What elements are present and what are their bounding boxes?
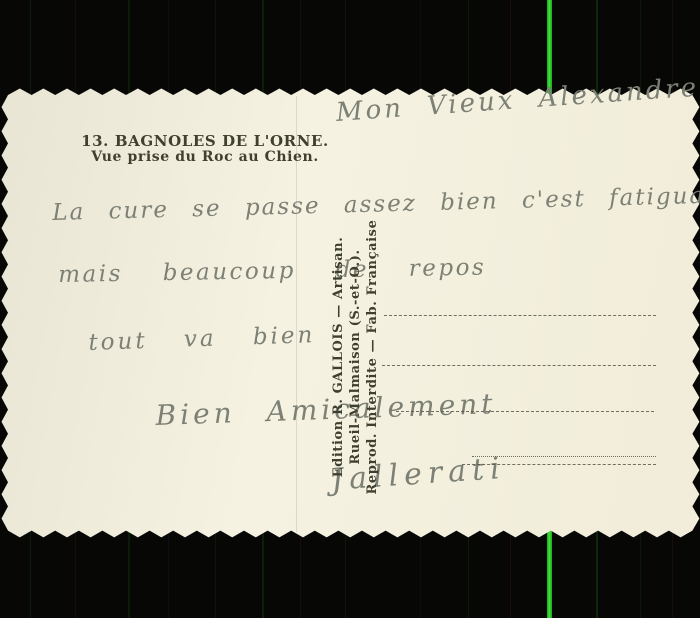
publisher-imprint: Edition R. GALLOIS — Artisan. Rueil-Malm… [330, 212, 382, 502]
publisher-line-3: Reprod. Interdite — Fab. Française [364, 212, 381, 502]
caption-title: 13. BAGNOLES DE L'ORNE. [60, 133, 350, 149]
publisher-line-2: Rueil-Malmaison (S.-et-O.). [347, 212, 364, 502]
address-line-4-lower [462, 464, 656, 465]
address-line-3 [396, 411, 654, 412]
publisher-line-1: Edition R. GALLOIS — Artisan. [330, 212, 347, 502]
address-line-1 [384, 315, 656, 316]
scanned-postcard-back: { "postcard": { "caption": { "line1": "1… [0, 0, 700, 618]
printed-caption: 13. BAGNOLES DE L'ORNE. Vue prise du Roc… [60, 133, 350, 165]
address-line-4-upper [472, 456, 656, 457]
caption-subtitle: Vue prise du Roc au Chien. [60, 149, 350, 165]
address-line-2 [382, 365, 656, 366]
